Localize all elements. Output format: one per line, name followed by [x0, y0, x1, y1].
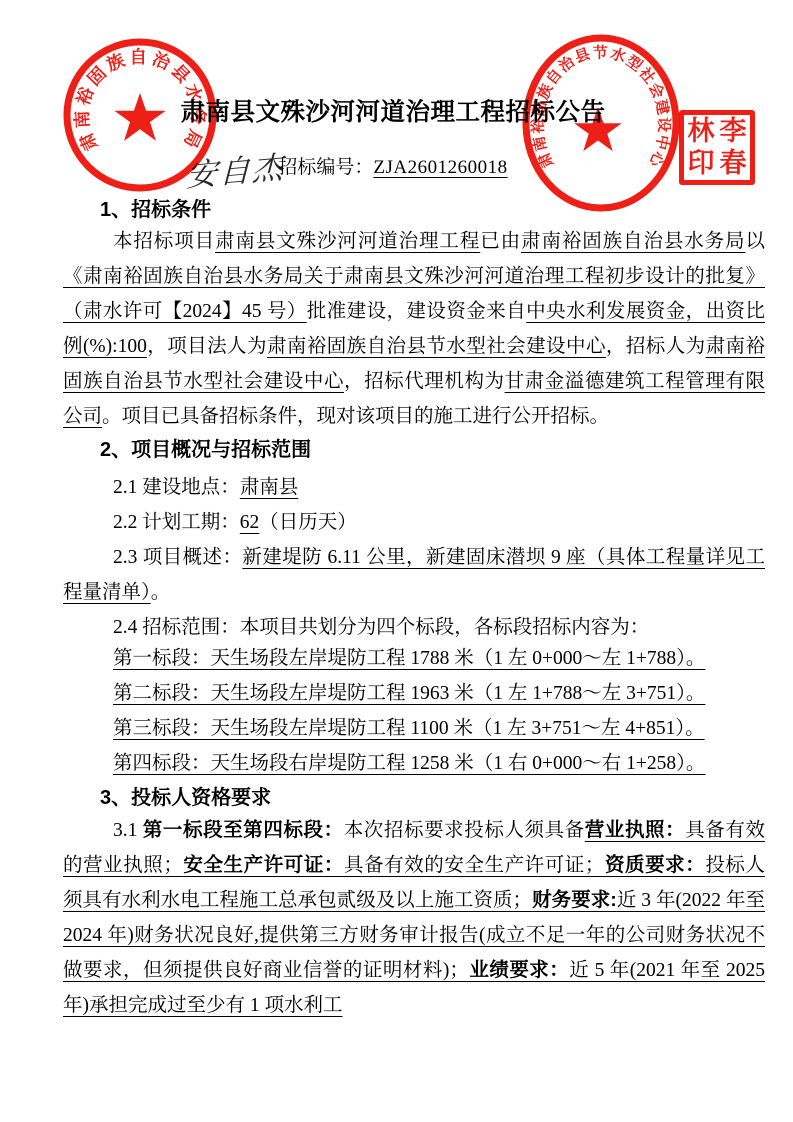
- text-segment: 3.1: [113, 820, 143, 841]
- text-segment: 。项目已具备招标条件，现对该项目的施工进行公开招标。: [102, 406, 609, 427]
- text-segment: 肃南裕固族自治县水务局: [521, 231, 745, 252]
- bid-section-3: 第三标段：天生场段左岸堤防工程 1100 米（1 左 3+751～左 4+851…: [63, 711, 765, 746]
- text-segment: 批准建设，建设资金来自: [307, 301, 526, 322]
- text-segment: 本招标项目: [113, 231, 215, 252]
- text-segment: 2.4 招标范围：本项目共划分为四个标段，各标段招标内容为：: [113, 617, 649, 638]
- text-segment: 第一标段至第四标段：: [143, 819, 344, 841]
- tender-number-value: ZJA2601260018: [373, 157, 507, 178]
- tender-number-line: 招标编号：ZJA2601260018: [63, 155, 723, 181]
- text-segment: 营业执照：: [585, 819, 685, 841]
- section-3-paragraph: 3.1 第一标段至第四标段：本次招标要求投标人须具备营业执照：具备有效的营业执照…: [63, 813, 765, 1023]
- bid-section-1: 第一标段：天生场段左岸堤防工程 1788 米（1 左 0+000～左 1+788…: [63, 641, 765, 676]
- text-segment: 62: [240, 512, 260, 533]
- text-segment: 第二标段：天生场段左岸堤防工程 1963 米（1 左 1+788～左 3+751…: [113, 683, 705, 704]
- text-segment: 2.3 项目概述：: [113, 547, 242, 568]
- tender-announcement-page: 肃南县文殊沙河河道治理工程招标公告 招标编号：ZJA2601260018 1、招…: [0, 0, 793, 1122]
- text-segment: 已由: [480, 231, 521, 252]
- section-1-paragraph: 本招标项目肃南县文殊沙河河道治理工程已由肃南裕固族自治县水务局以《肃南裕固族自治…: [63, 224, 765, 434]
- section-1-heading: 1、招标条件: [100, 196, 765, 224]
- text-segment: 肃南县: [240, 477, 299, 498]
- section-3-heading: 3、投标人资格要求: [100, 784, 765, 812]
- text-segment: 。: [151, 582, 171, 603]
- bid-section-2: 第二标段：天生场段左岸堤防工程 1963 米（1 左 1+788～左 3+751…: [63, 676, 765, 711]
- text-segment: 财务要求:: [532, 889, 617, 911]
- tender-number-label: 招标编号：: [278, 157, 373, 178]
- text-segment: 安全生产许可证：: [183, 854, 344, 876]
- text-segment: ，项目法人为: [147, 336, 267, 357]
- text-segment: 第四标段：天生场段右岸堤防工程 1258 米（1 右 0+000～右 1+258…: [113, 753, 705, 774]
- text-segment: ，招标代理机构为: [344, 371, 505, 392]
- text-segment: （日历天）: [259, 512, 357, 533]
- text-segment: 资质要求：: [604, 854, 705, 876]
- text-segment: 肃南县文殊沙河河道治理工程: [215, 231, 480, 252]
- text-segment: 第三标段：天生场段左岸堤防工程 1100 米（1 左 3+751～左 4+851…: [113, 718, 705, 739]
- item-construction-location: 2.1 建设地点：肃南县: [63, 470, 765, 505]
- document-body: 肃南县文殊沙河河道治理工程招标公告 招标编号：ZJA2601260018 1、招…: [63, 0, 765, 1023]
- text-segment: 业绩要求：: [469, 959, 569, 981]
- page-title: 肃南县文殊沙河河道治理工程招标公告: [63, 96, 723, 130]
- text-segment: 具备有效的安全生产许可证；: [344, 855, 604, 876]
- item-project-overview: 2.3 项目概述：新建堤防 6.11 公里，新建固床潜坝 9 座（具体工程量详见…: [63, 540, 765, 610]
- item-tender-scope: 2.4 招标范围：本项目共划分为四个标段，各标段招标内容为：: [63, 610, 765, 645]
- item-planned-duration: 2.2 计划工期：62（日历天）: [63, 505, 765, 540]
- bid-section-4: 第四标段：天生场段右岸堤防工程 1258 米（1 右 0+000～右 1+258…: [63, 746, 765, 781]
- text-segment: 第一标段：天生场段左岸堤防工程 1788 米（1 左 0+000～左 1+788…: [113, 648, 705, 669]
- text-segment: 以: [745, 231, 765, 252]
- section-2-heading: 2、项目概况与招标范围: [100, 436, 765, 464]
- text-segment: 本次招标要求投标人须具备: [344, 820, 585, 841]
- text-segment: 2.1 建设地点：: [113, 477, 240, 498]
- text-segment: 2.2 计划工期：: [113, 512, 240, 533]
- text-segment: ，招标人为: [606, 336, 706, 357]
- text-segment: 肃南裕固族自治县节水型社会建设中心: [267, 336, 606, 357]
